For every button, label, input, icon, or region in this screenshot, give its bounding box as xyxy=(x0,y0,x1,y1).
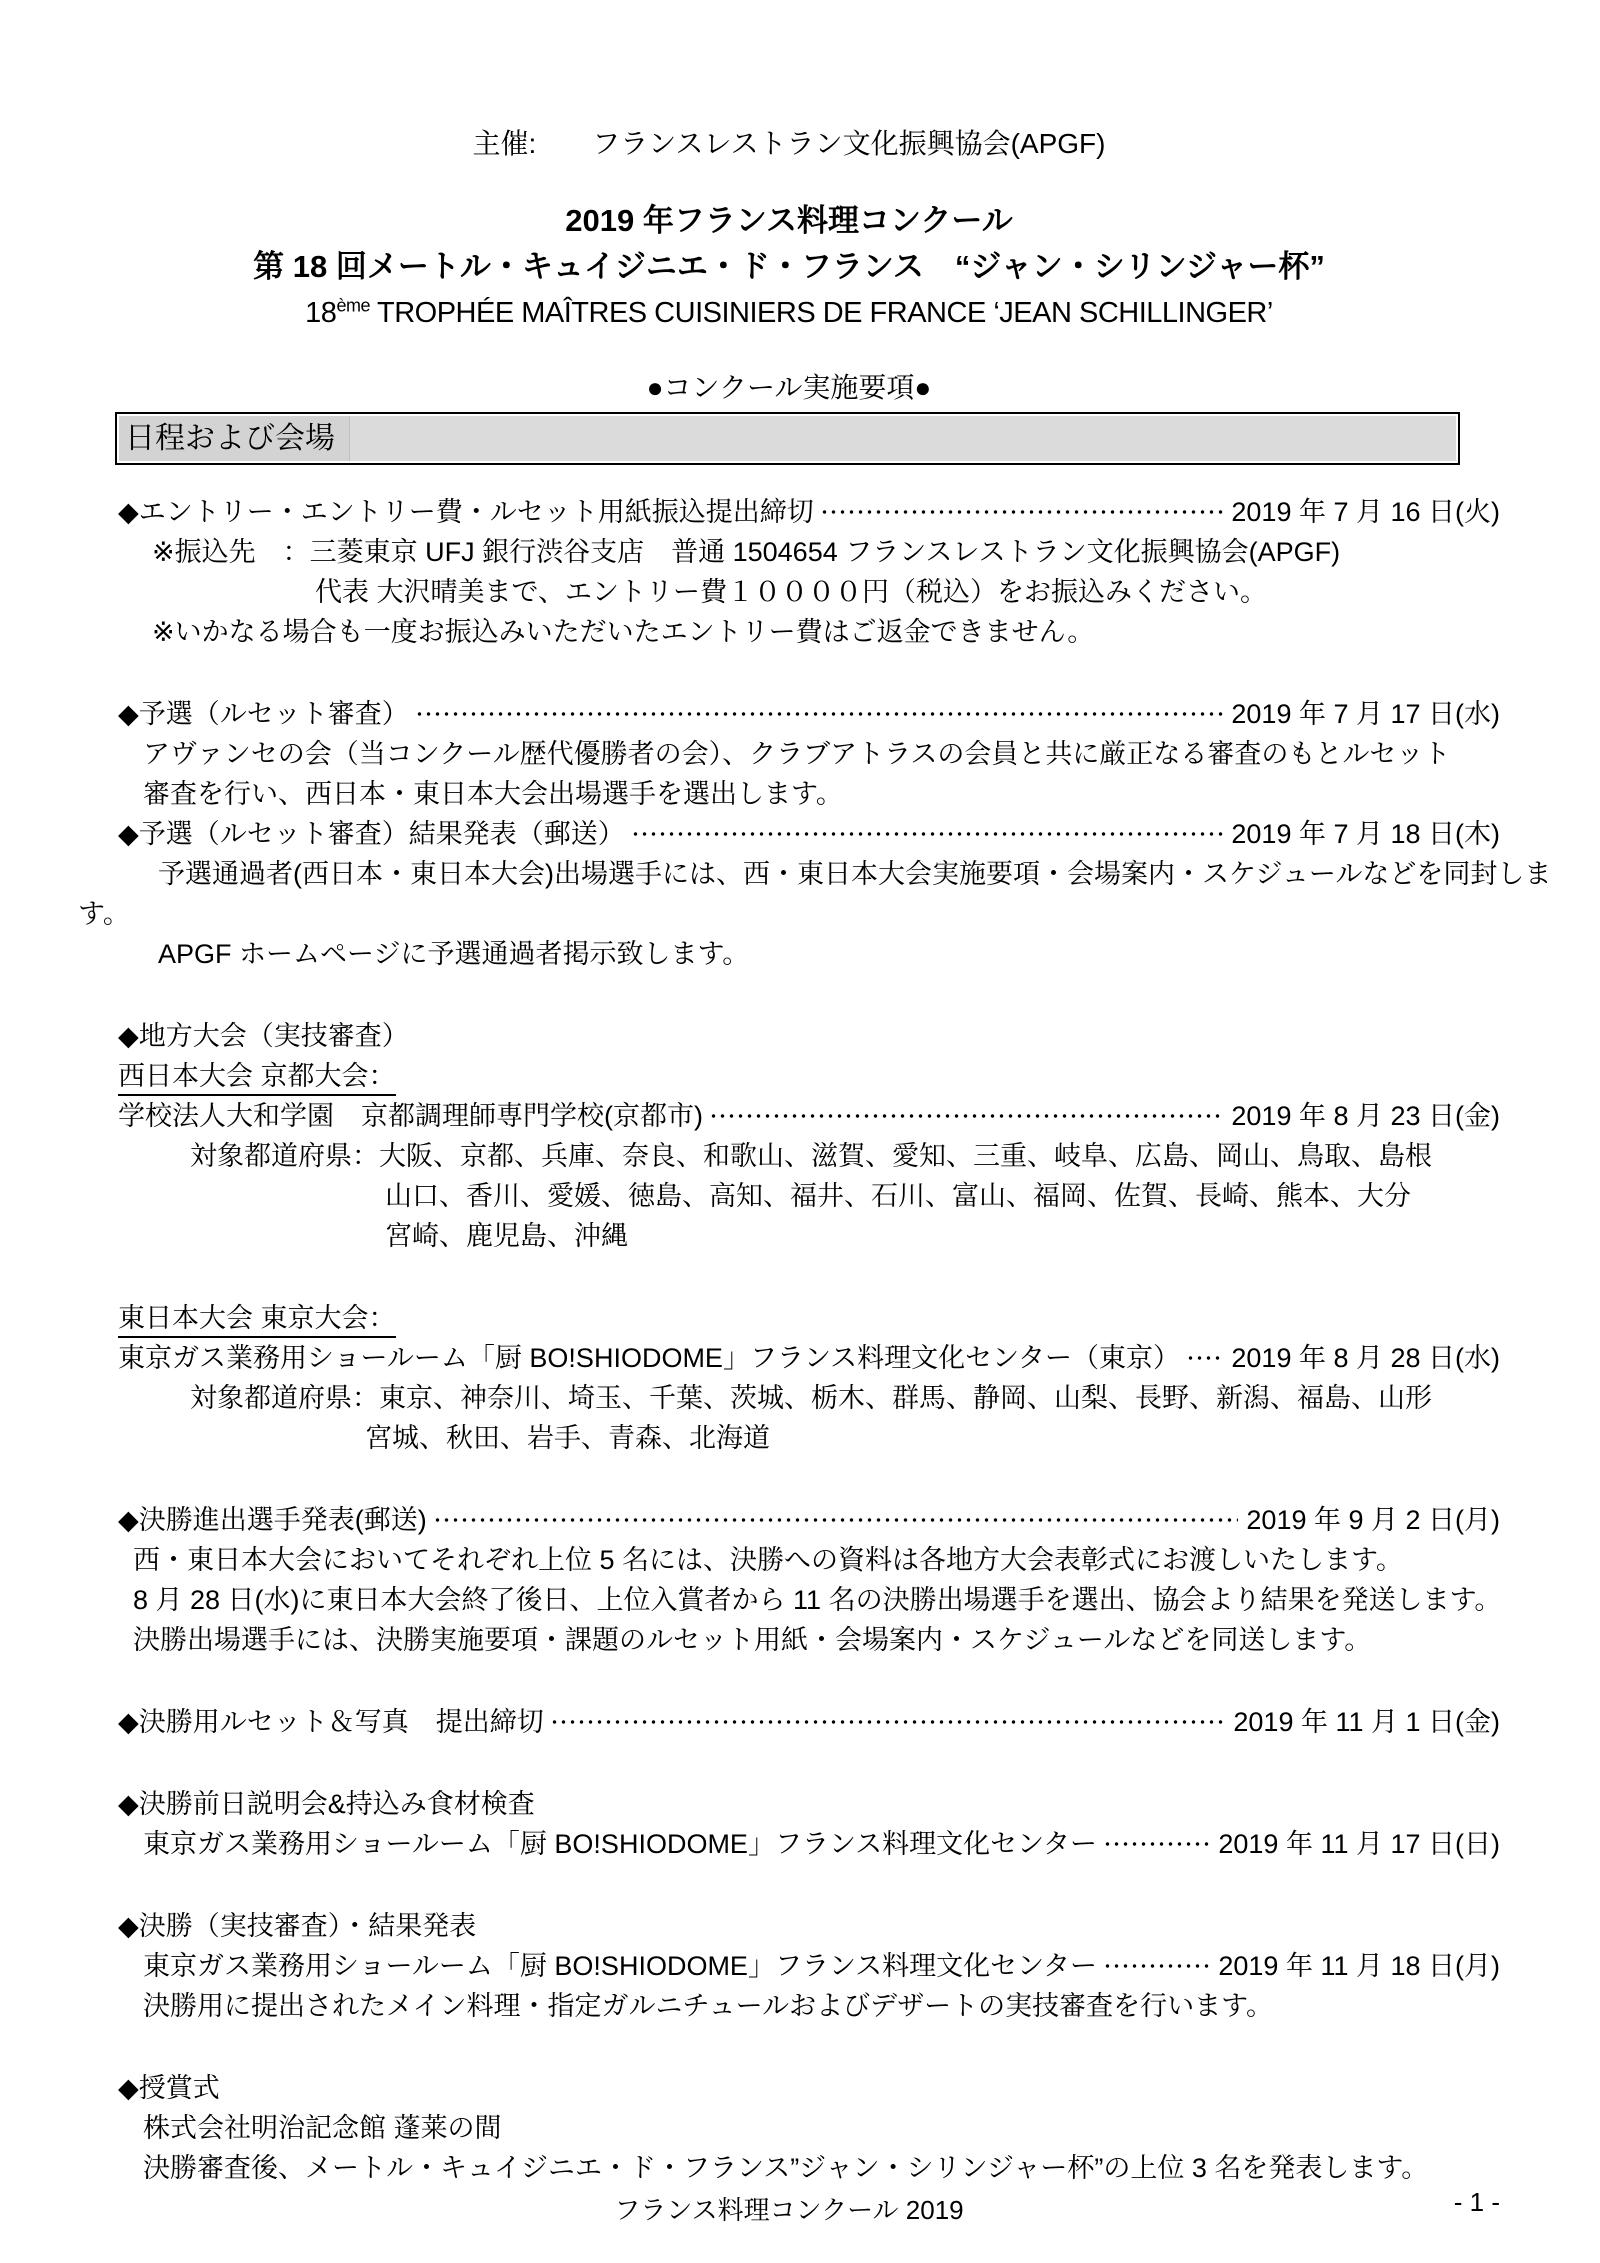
row-east-heading: 東日本大会 東京大会： xyxy=(78,1298,1500,1338)
row-briefing-heading: ◆決勝前日説明会&持込み食材検査 xyxy=(78,1784,1500,1824)
row-finalists-announcement: ◆決勝進出選手発表(郵送) 2019 年 9 月 2 日(月) xyxy=(78,1500,1500,1540)
entry-deadline-date: 2019 年 7 月 16 日(火) xyxy=(1231,492,1500,532)
east-venue-date: 2019 年 8 月 28 日(水) xyxy=(1231,1338,1500,1378)
east-heading-underlined: 東日本大会 東京大会： xyxy=(118,1302,396,1338)
row-final-venue: 東京ガス業務用ショールーム「厨 BO!SHIODOME」フランス料理文化センター… xyxy=(78,1946,1500,1986)
row-west-heading: 西日本大会 京都大会： xyxy=(78,1056,1500,1096)
title-trophy-jp: 第 18 回メートル・キュイジニエ・ド・フランス “ジャン・シリンジャー杯” xyxy=(78,244,1500,290)
final-recette-label: ◆決勝用ルセット＆写真 提出締切 xyxy=(118,1702,544,1742)
final-venue-date: 2019 年 11 月 18 日(月) xyxy=(1218,1946,1500,1986)
dot-leader xyxy=(1186,1338,1223,1378)
page-footer: フランス料理コンクール 2019 - 1 - xyxy=(78,2190,1500,2230)
schedule-header-label: 日程および会場 xyxy=(119,416,350,461)
preliminary-label: ◆予選（ルセット審査） xyxy=(118,694,409,734)
row-east-venue: 東京ガス業務用ショールーム「厨 BO!SHIODOME」フランス料理文化センター… xyxy=(78,1338,1500,1378)
document-page: 主催: フランスレストラン文化振興協会(APGF) 2019 年フランス料理コン… xyxy=(0,0,1600,2263)
footer-title: フランス料理コンクール 2019 xyxy=(614,2195,963,2225)
title-fr-number: 18 xyxy=(305,297,336,329)
title-fr-rest: TROPHÉE MAÎTRES CUISINIERS DE FRANCE ‘JE… xyxy=(370,297,1273,329)
row-west-prefectures-2: 山口、香川、愛媛、徳島、高知、福井、石川、富山、福岡、佐賀、長崎、熊本、大分 xyxy=(78,1176,1500,1216)
schedule-header-box: 日程および会場 xyxy=(115,412,1460,465)
final-recette-date: 2019 年 11 月 1 日(金) xyxy=(1233,1702,1500,1742)
row-award-venue: 株式会社明治記念館 蓬莱の間 xyxy=(78,2108,1500,2148)
row-entry-note-bank: ※振込先 ：三菱東京 UFJ 銀行渋谷支店 普通 1504654 フランスレスト… xyxy=(78,532,1500,572)
dot-leader xyxy=(1103,1824,1210,1864)
row-west-venue: 学校法人大和学園 京都調理師専門学校(京都市) 2019 年 8 月 23 日(… xyxy=(78,1096,1500,1136)
preliminary-date: 2019 年 7 月 17 日(水) xyxy=(1231,694,1500,734)
preliminary-result-label: ◆予選（ルセット審査）結果発表（郵送） xyxy=(118,814,625,854)
finalists-announcement-label: ◆決勝進出選手発表(郵送) xyxy=(118,1500,427,1540)
page-number: - 1 - xyxy=(1454,2182,1500,2222)
east-venue-label: 東京ガス業務用ショールーム「厨 BO!SHIODOME」フランス料理文化センター… xyxy=(118,1338,1180,1378)
organizer-line: 主催: フランスレストラン文化振興協会(APGF) xyxy=(78,124,1500,164)
row-final-note: 決勝用に提出されたメイン料理・指定ガルニチュールおよびデザートの実技審査を行いま… xyxy=(78,1986,1500,2026)
west-venue-date: 2019 年 8 月 23 日(金) xyxy=(1231,1096,1500,1136)
row-east-prefectures-2: 宮城、秋田、岩手、青森、北海道 xyxy=(78,1418,1500,1458)
row-award-heading: ◆授賞式 xyxy=(78,2068,1500,2108)
dot-leader xyxy=(433,1500,1239,1540)
dot-leader xyxy=(631,814,1224,854)
entry-deadline-label: ◆エントリー・エントリー費・ルセット用紙振込提出締切 xyxy=(118,492,814,532)
row-preliminary-result-note-wrap: す。 xyxy=(78,894,1500,934)
row-final-heading: ◆決勝（実技審査）・結果発表 xyxy=(78,1906,1500,1946)
dot-leader xyxy=(550,1702,1226,1742)
row-finalists-note-2: 8 月 28 日(水)に東日本大会終了後日、上位入賞者から 11 名の決勝出場選… xyxy=(78,1580,1500,1620)
row-west-prefectures-3: 宮崎、鹿児島、沖縄 xyxy=(78,1216,1500,1256)
row-preliminary-note-2: 審査を行い、西日本・東日本大会出場選手を選出します。 xyxy=(78,774,1500,814)
finalists-announcement-date: 2019 年 9 月 2 日(月) xyxy=(1246,1500,1500,1540)
row-finalists-note-1: 西・東日本大会においてそれぞれ上位 5 名には、決勝への資料は各地方大会表彰式に… xyxy=(78,1540,1500,1580)
title-contest-year: 2019 年フランス料理コンクール xyxy=(78,198,1500,244)
row-award-note: 決勝審査後、メートル・キュイジニエ・ド・フランス”ジャン・シリンジャー杯”の上位… xyxy=(78,2148,1500,2188)
final-venue-label: 東京ガス業務用ショールーム「厨 BO!SHIODOME」フランス料理文化センター xyxy=(143,1946,1097,1986)
dot-leader xyxy=(709,1096,1223,1136)
row-preliminary-note-1: アヴァンセの会（当コンクール歴代優勝者の会）、クラブアトラスの会員と共に厳正なる… xyxy=(78,734,1500,774)
row-preliminary-result: ◆予選（ルセット審査）結果発表（郵送） 2019 年 7 月 18 日(木) xyxy=(78,814,1500,854)
row-finalists-note-3: 決勝出場選手には、決勝実施要項・課題のルセット用紙・会場案内・スケジュールなどを… xyxy=(78,1620,1500,1660)
preliminary-result-date: 2019 年 7 月 18 日(木) xyxy=(1231,814,1500,854)
row-entry-deadline: ◆エントリー・エントリー費・ルセット用紙振込提出締切 2019 年 7 月 16… xyxy=(78,492,1500,532)
briefing-venue-label: 東京ガス業務用ショールーム「厨 BO!SHIODOME」フランス料理文化センター xyxy=(143,1824,1097,1864)
dot-leader xyxy=(1103,1946,1210,1986)
title-trophy-fr: 18ème TROPHÉE MAÎTRES CUISINIERS DE FRAN… xyxy=(78,290,1500,336)
west-heading-underlined: 西日本大会 京都大会： xyxy=(118,1060,396,1096)
row-briefing-venue: 東京ガス業務用ショールーム「厨 BO!SHIODOME」フランス料理文化センター… xyxy=(78,1824,1500,1864)
row-final-recette-deadline: ◆決勝用ルセット＆写真 提出締切 2019 年 11 月 1 日(金) xyxy=(78,1702,1500,1742)
dot-leader xyxy=(415,694,1224,734)
schedule-header-inner: 日程および会場 xyxy=(119,416,1456,461)
briefing-venue-date: 2019 年 11 月 17 日(日) xyxy=(1218,1824,1500,1864)
row-preliminary-result-web: APGF ホームページに予選通過者掲示致します。 xyxy=(78,934,1500,974)
row-east-prefectures-1: 対象都道府県：東京、神奈川、埼玉、千葉、茨城、栃木、群馬、静岡、山梨、長野、新潟… xyxy=(78,1378,1500,1418)
west-venue-label: 学校法人大和学園 京都調理師専門学校(京都市) xyxy=(118,1096,703,1136)
row-regional-heading: ◆地方大会（実技審査） xyxy=(78,1016,1500,1056)
row-west-prefectures-1: 対象都道府県：大阪、京都、兵庫、奈良、和歌山、滋賀、愛知、三重、岐阜、広島、岡山… xyxy=(78,1136,1500,1176)
section-marker: ●コンクール実施要項● xyxy=(78,368,1500,408)
row-preliminary: ◆予選（ルセット審査） 2019 年 7 月 17 日(水) xyxy=(78,694,1500,734)
row-preliminary-result-note: 予選通過者(西日本・東日本大会)出場選手には、西・東日本大会実施要項・会場案内・… xyxy=(78,854,1500,894)
dot-leader xyxy=(820,492,1224,532)
row-entry-note-refund: ※いかなる場合も一度お振込みいただいたエントリー費はご返金できません。 xyxy=(78,612,1500,652)
row-entry-note-payee: 代表 大沢晴美まで、エントリー費１００００円（税込）をお振込みください。 xyxy=(78,572,1500,612)
title-fr-ordinal: ème xyxy=(336,295,370,315)
